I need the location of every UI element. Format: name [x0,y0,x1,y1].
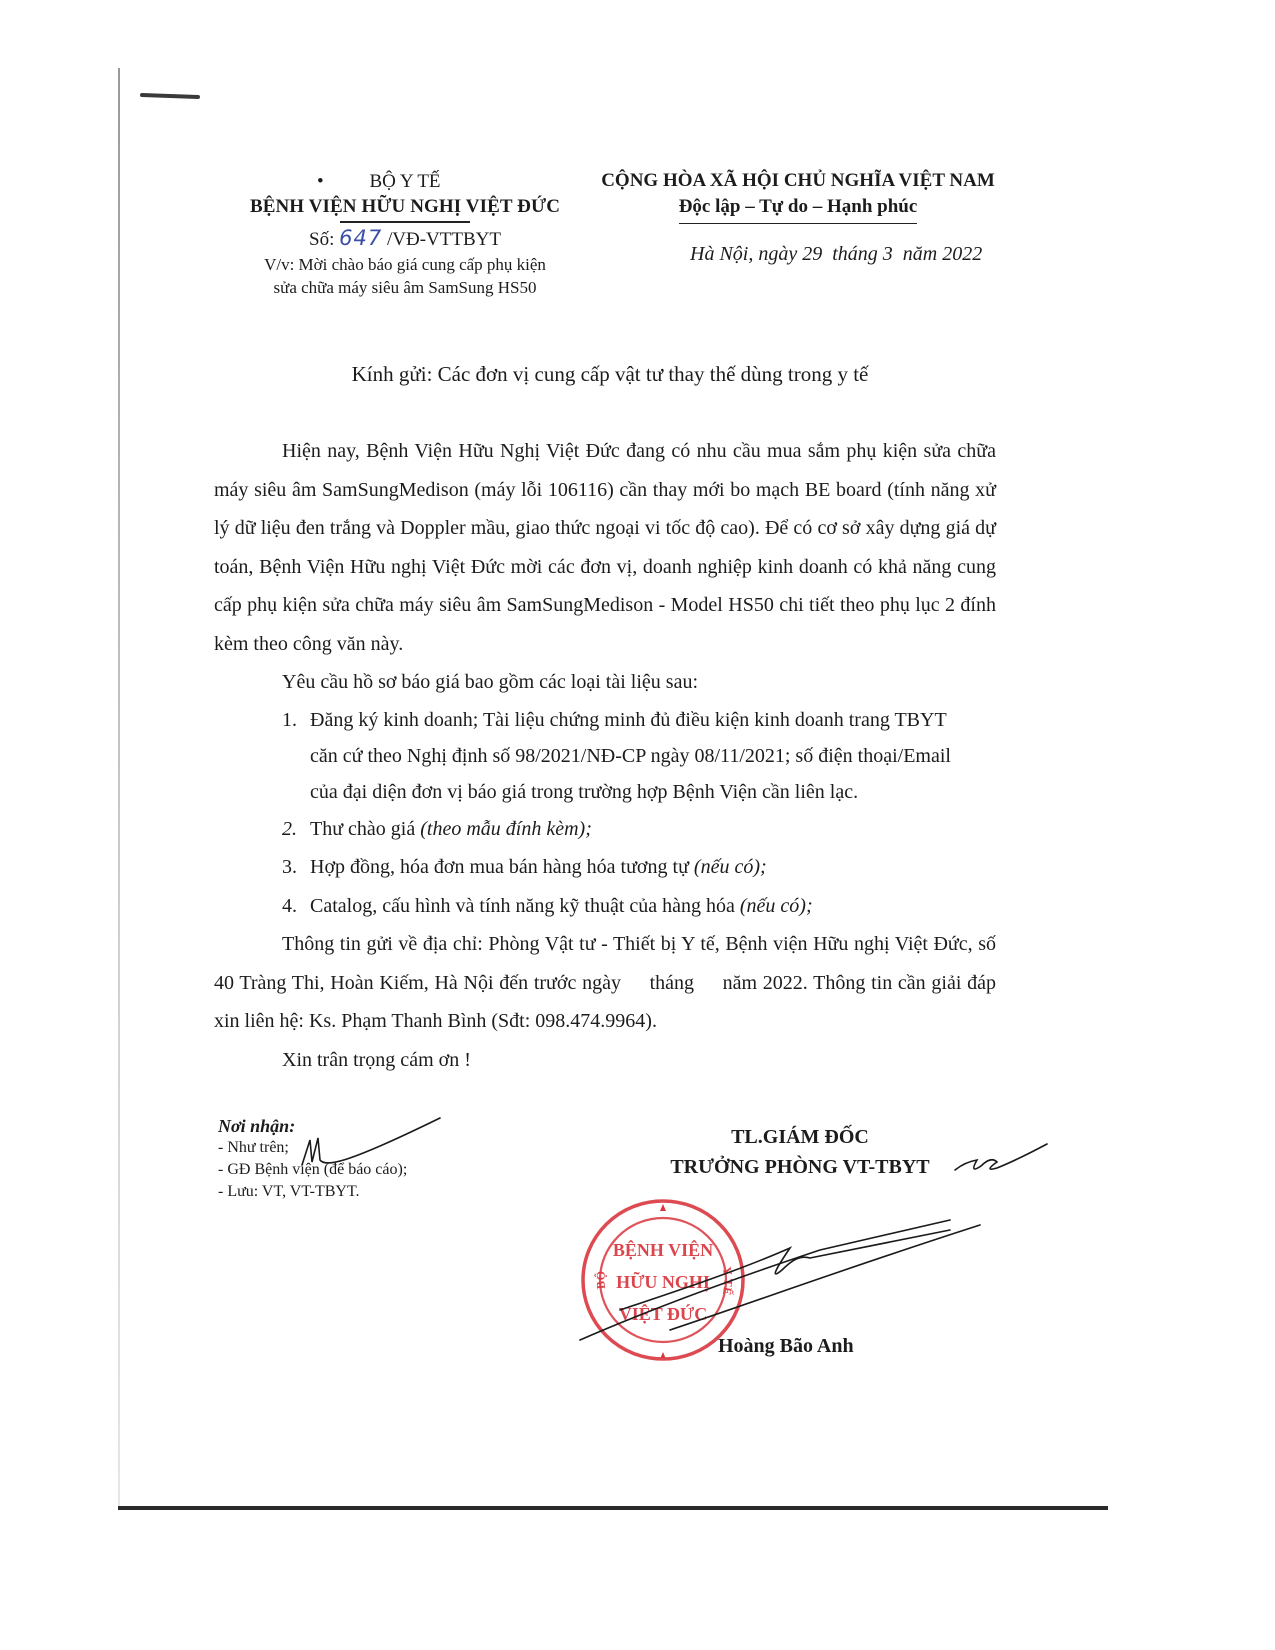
item-number: 3. [282,848,297,887]
subject-line-1: V/v: Mời chào báo giá cung cấp phụ kiện [225,253,585,276]
svg-text:VIỆT ĐỨC: VIỆT ĐỨC [619,1303,708,1324]
requirement-item: 1. Đăng ký kinh doanh; Tài liệu chứng mi… [214,702,996,810]
svg-text:Y TẾ: Y TẾ [720,1266,736,1297]
greeting: Kính gửi: Các đơn vị cung cấp vật tư tha… [200,362,1020,387]
ministry-name: • BỘ Y TẾ [225,170,585,194]
requirement-item: 2. Thư chào giá (theo mẫu đính kèm); [214,810,996,849]
initials-signature-icon [290,1110,450,1170]
document-number: Số: 647 /VĐ-VTTBYT [225,225,585,253]
letter-body: Hiện nay, Bệnh Viện Hữu Nghị Việt Đức đa… [214,432,996,1079]
scan-mark [140,93,200,99]
header-divider [340,221,470,223]
signature-title: TL.GIÁM ĐỐC TRƯỞNG PHÒNG VT-TBYT [630,1122,970,1182]
republic-title: CỘNG HÒA XÃ HỘI CHỦ NGHĨA VIỆT NAM [578,168,1018,194]
item-number: 2. [282,810,297,849]
ministry-text: BỘ Y TẾ [369,171,440,192]
item-text: Thư chào giá [310,818,420,840]
svg-text:BỘ: BỘ [593,1271,608,1290]
closing-line: Xin trân trọng cám ơn ! [214,1041,996,1080]
requirement-item: 4. Catalog, cấu hình và tính năng kỹ thu… [214,887,996,926]
national-header: CỘNG HÒA XÃ HỘI CHỦ NGHĨA VIỆT NAM Độc l… [578,168,1018,224]
item-number: 1. [282,702,297,738]
scan-bottom-edge [118,1506,1108,1510]
scan-page-edge [118,68,120,1508]
bullet-dot: • [317,170,324,194]
national-motto: Độc lập – Tự do – Hạnh phúc [679,194,918,224]
intro-paragraph: Hiện nay, Bệnh Viện Hữu Nghị Việt Đức đa… [214,432,996,663]
signature-title-line1: TL.GIÁM ĐỐC [630,1122,970,1152]
requirements-intro: Yêu cầu hồ sơ báo giá bao gồm các loại t… [214,663,996,702]
item-note: (theo mẫu đính kèm); [420,818,592,840]
svg-text:HỮU NGHỊ: HỮU NGHỊ [616,1271,710,1292]
item-number: 4. [282,887,297,926]
item-note: (nếu có); [694,856,767,878]
document-date: Hà Nội, ngày 29 tháng 3 năm 2022 [690,243,982,266]
subject-line-2: sửa chữa máy siêu âm SamSung HS50 [225,276,585,299]
address-paragraph: Thông tin gửi về địa chỉ: Phòng Vật tư -… [214,925,996,1041]
doc-number-handwritten: 647 [339,226,382,250]
hospital-name: BỆNH VIỆN HỮU NGHỊ VIỆT ĐỨC [225,194,585,220]
svg-text:BỆNH VIỆN: BỆNH VIỆN [613,1239,713,1260]
doc-number-label: Số: [309,229,334,250]
signer-name: Hoàng Bão Anh [718,1335,854,1358]
item-text: Catalog, cấu hình và tính năng kỹ thuật … [310,895,740,917]
recipient-item: - Lưu: VT, VT-TBYT. [218,1181,407,1203]
item-note: (nếu có); [740,895,813,917]
requirement-item: 3. Hợp đồng, hóa đơn mua bán hàng hóa tư… [214,848,996,887]
doc-number-suffix: /VĐ-VTTBYT [387,229,501,250]
item-text: Đăng ký kinh doanh; Tài liệu chứng minh … [310,709,951,803]
issuer-header: • BỘ Y TẾ BỆNH VIỆN HỮU NGHỊ VIỆT ĐỨC Số… [225,170,585,299]
item-text: Hợp đồng, hóa đơn mua bán hàng hóa tương… [310,856,694,878]
signature-title-line2: TRƯỞNG PHÒNG VT-TBYT [630,1152,970,1182]
